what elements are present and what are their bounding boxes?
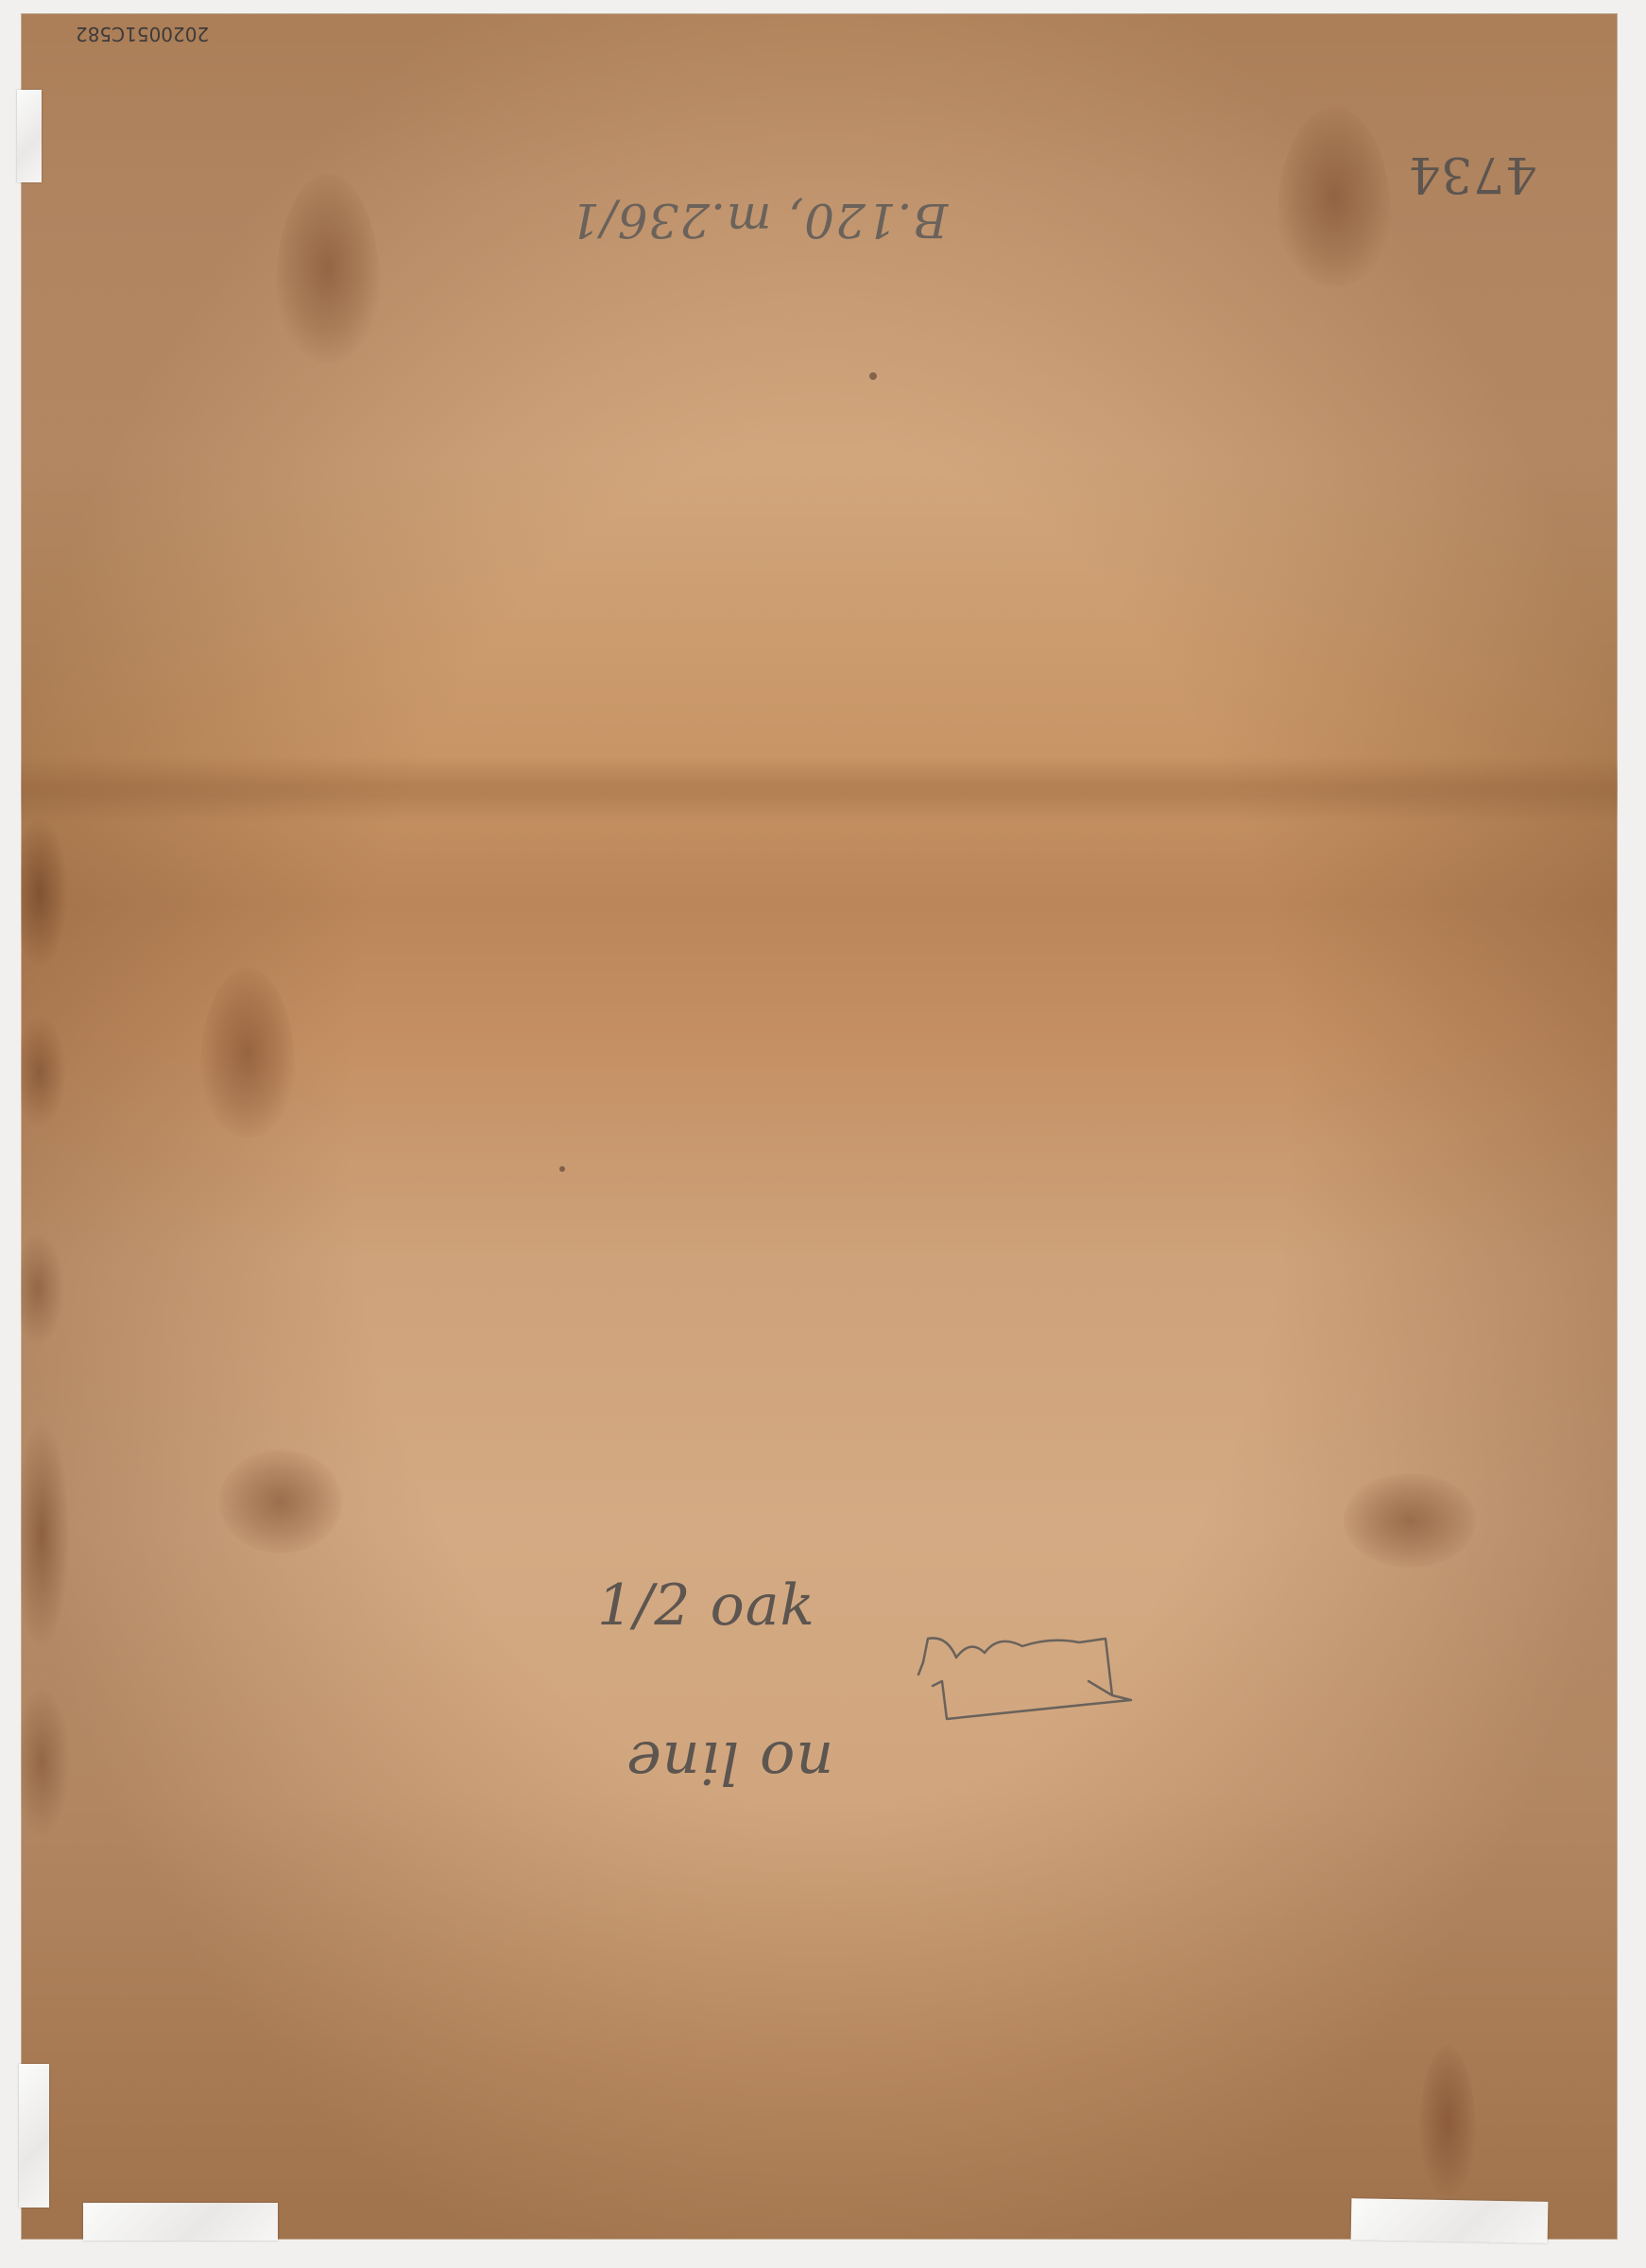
fold-line bbox=[21, 756, 1618, 822]
knot-mark-lower-left bbox=[219, 1450, 342, 1554]
catalogue-reference-inscription: B.120, m.236/1 bbox=[569, 193, 948, 248]
note-half-oak: 1/2 oak bbox=[597, 1572, 815, 1639]
speck-top bbox=[869, 372, 877, 380]
left-edge-stains bbox=[21, 798, 87, 1837]
tape-bottom-right bbox=[1351, 2198, 1549, 2243]
speck-mid bbox=[559, 1166, 565, 1172]
tape-bottom-left-side bbox=[19, 2064, 49, 2208]
tape-top-left bbox=[17, 90, 42, 182]
corner-number-inscription: 4734 bbox=[1408, 146, 1536, 202]
tape-bottom-left bbox=[83, 2203, 278, 2241]
frame-profile-sketch bbox=[890, 1629, 1136, 1733]
note-no-line: no line bbox=[626, 1728, 833, 1797]
knot-mark-lower-right bbox=[1344, 1473, 1476, 1568]
inventory-number-ink: 2020051C582 bbox=[76, 23, 209, 45]
paper-sheet: 4734 B.120, m.236/1 2020051C582 1/2 oak … bbox=[21, 13, 1618, 2240]
